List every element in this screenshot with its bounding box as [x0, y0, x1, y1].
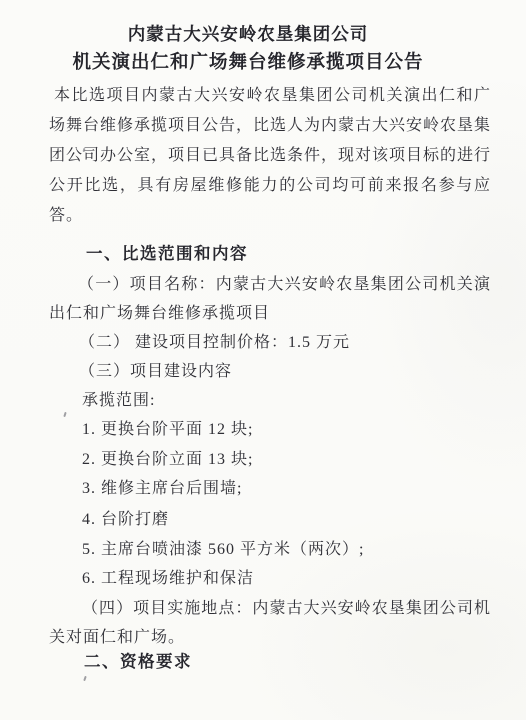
doc-title-line-1: 内蒙古大兴安岭农垦集团公司 — [30, 24, 466, 45]
item-location-line-2: 关对面仁和广场。 — [49, 627, 185, 648]
scope-item-6: 6. 工程现场维护和保洁 — [82, 568, 254, 589]
item-construction-content: （三）项目建设内容 — [79, 361, 232, 382]
scanned-announcement-page: 内蒙古大兴安岭农垦集团公司 机关演出仁和广场舞台维修承揽项目公告 本比选项目内蒙… — [0, 0, 526, 720]
intro-line-4: 公开比选，具有房屋维修能力的公司均可前来报名参与应 — [49, 175, 491, 196]
item-location-line-1: （四）项目实施地点：内蒙古大兴安岭农垦集团公司机 — [49, 598, 491, 619]
section2-heading: 二、资格要求 — [84, 652, 192, 673]
doc-title-line-2: 机关演出仁和广场舞台维修承揽项目公告 — [30, 51, 466, 72]
item-control-price: （二） 建设项目控制价格：1.5 万元 — [79, 332, 350, 353]
scope-label: 承揽范围: — [82, 390, 155, 411]
intro-line-2: 场舞台维修承揽项目公告，比选人为内蒙古大兴安岭农垦集 — [49, 115, 491, 136]
intro-line-3: 团公司办公室，项目已具备比选条件，现对该项目标的进行 — [49, 145, 491, 166]
scan-artifact-speck — [63, 412, 66, 417]
intro-line-1: 本比选项目内蒙古大兴安岭农垦集团公司机关演出仁和广 — [49, 85, 491, 106]
item-project-name-line-1: （一）项目名称：内蒙古大兴安岭农垦集团公司机关演 — [49, 274, 491, 295]
scope-item-3: 3. 维修主席台后围墙; — [82, 478, 242, 499]
scan-artifact-speck — [83, 676, 87, 681]
section1-heading: 一、比选范围和内容 — [86, 244, 248, 265]
scope-item-2: 2. 更换台阶立面 13 块; — [82, 449, 253, 470]
scope-item-4: 4. 台阶打磨 — [82, 509, 169, 530]
item-project-name-line-2: 出仁和广场舞台维修承揽项目 — [49, 303, 270, 324]
intro-line-5: 答。 — [49, 205, 83, 226]
scope-item-1: 1. 更换台阶平面 12 块; — [82, 419, 253, 440]
scope-item-5: 5. 主席台喷油漆 560 平方米（两次）; — [82, 539, 364, 560]
